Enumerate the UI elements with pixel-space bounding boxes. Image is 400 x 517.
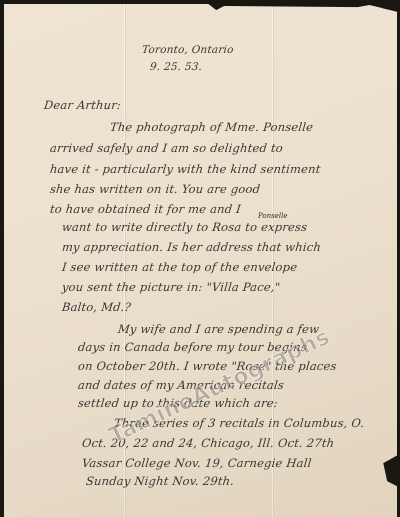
letter-line: Vassar College Nov. 19, Carnegie Hall	[81, 456, 312, 470]
letter-salutation: Dear Arthur:	[43, 98, 122, 112]
letter-line: Sunday Night Nov. 29th.	[85, 474, 235, 488]
letter-line: you sent the picture in: "Villa Pace,"	[61, 280, 281, 294]
letter-line: My wife and I are spending a few	[117, 322, 320, 336]
letter-line: to have obtained it for me and I	[49, 202, 241, 216]
letter-date: 9. 25. 53.	[149, 61, 202, 73]
letter-line: arrived safely and I am so delighted to	[49, 141, 283, 155]
letter-line: have it - particularly with the kind sen…	[49, 162, 321, 176]
letter-line: The photograph of Mme. Ponselle	[109, 120, 314, 134]
letter-insertion: Ponselle	[258, 212, 288, 220]
letter-paper: Toronto, Ontario 9. 25. 53. Dear Arthur:…	[4, 4, 397, 517]
letter-line: my appreciation. Is her address that whi…	[61, 240, 321, 254]
letter-line: I see written at the top of the envelope	[61, 260, 298, 274]
letter-line: Balto, Md.?	[61, 300, 131, 314]
letter-place: Toronto, Ontario	[141, 44, 234, 56]
letter-line: want to write directly to Rosa to expres…	[61, 220, 308, 234]
letter-line: she has written on it. You are good	[49, 182, 261, 196]
